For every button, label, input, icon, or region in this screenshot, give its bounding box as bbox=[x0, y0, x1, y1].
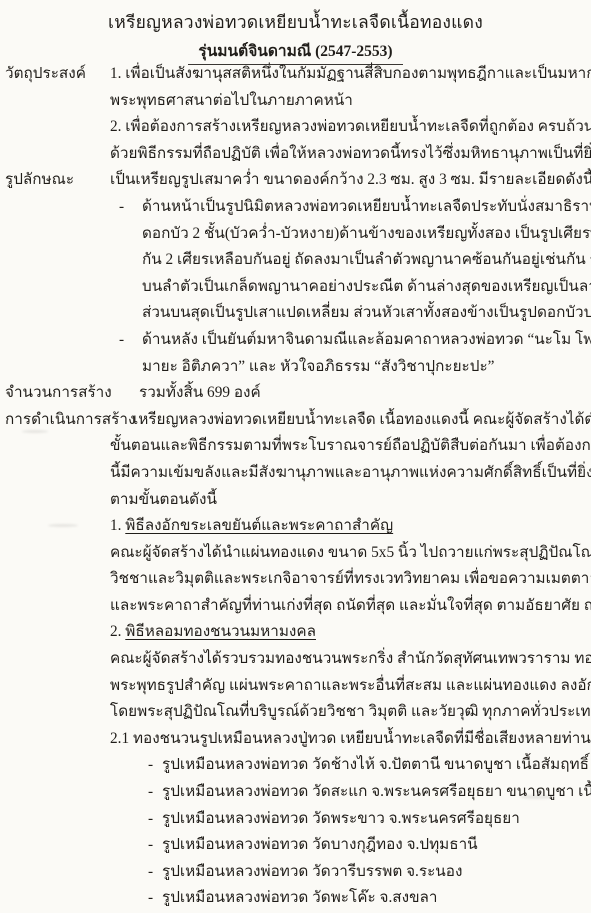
doc-line: ด้วยพิธีกรรมที่ถือปฏิบัติ เพื่อให้หลวงพ่… bbox=[0, 141, 591, 168]
doc-line: และพระคาถาสำคัญที่ท่านเก่งที่สุด ถนัดที่… bbox=[0, 593, 591, 620]
line-text: กัน 2 เศียรเหลือบกันอยู่ ถัดลงมาเป็นลำตั… bbox=[142, 247, 591, 274]
doc-line: 2.1 ทองชนวนรูปเหมือนหลวงปู่ทวด เหยียบน้ำ… bbox=[0, 726, 591, 753]
heading-text: พิธีหลอมทองชนวนมหามงคล bbox=[125, 623, 316, 640]
doc-line: จำนวนการสร้างรวมทั้งสิ้น 699 องค์ bbox=[0, 380, 591, 407]
section-label: วัตถุประสงค์ bbox=[5, 61, 86, 88]
line-text: นี้มีความเข้มขลังและมีสังฆานุภาพและอานุภ… bbox=[110, 460, 591, 487]
doc-line: ขั้นตอนและพิธีกรรมตามที่พระโบราณจารย์ถือ… bbox=[0, 433, 591, 460]
document-title: เหรียญหลวงพ่อทวดเหยียบน้ำทะเลจืดเนื้อทอง… bbox=[0, 8, 591, 36]
doc-line: 1. พิธีลงอักขระเลขยันต์และพระคาถาสำคัญ bbox=[0, 513, 591, 540]
heading-number: 2. bbox=[110, 623, 125, 640]
list-dash: - bbox=[119, 327, 124, 354]
line-text: รูปเหมือนหลวงพ่อทวด วัดพะโค๊ะ จ.สงขลา bbox=[162, 885, 438, 912]
line-text: มายะ อิติภควา” และ หัวใจอภิธรรม “สังวิชา… bbox=[142, 354, 494, 381]
doc-line: -รูปเหมือนหลวงพ่อทวด วัดพะโค๊ะ จ.สงขลา bbox=[0, 885, 591, 912]
doc-line: รูปลักษณะเป็นเหรียญรูปเสมาคว่ำ ขนาดองค์ก… bbox=[0, 167, 591, 194]
line-text: ขั้นตอนและพิธีกรรมตามที่พระโบราณจารย์ถือ… bbox=[110, 433, 591, 460]
doc-line: บนลำตัวเป็นเกล็ดพญานาคอย่างประณีต ด้านล่… bbox=[0, 274, 591, 301]
line-text: รูปเหมือนหลวงพ่อทวด วัดช้างไห้ จ.ปัตตานี… bbox=[162, 752, 589, 779]
doc-line: โดยพระสุปฏิปัณโณที่บริบูรณ์ด้วยวิชชา วิม… bbox=[0, 699, 591, 726]
doc-line: พระพุทธศาสนาต่อไปในภายภาคหน้า bbox=[0, 88, 591, 115]
doc-line: วัตถุประสงค์1. เพื่อเป็นสังฆานุสสติหนึ่ง… bbox=[0, 61, 591, 88]
list-dash: - bbox=[148, 752, 153, 779]
line-text: 2. พิธีหลอมทองชนวนมหามงคล bbox=[110, 619, 316, 646]
doc-line: พระพุทธรูปสำคัญ แผ่นพระคาถาและพระอื่นที่… bbox=[0, 673, 591, 700]
line-text: ส่วนบนสุดเป็นรูปเสาแปดเหลี่ยม ส่วนหัวเสา… bbox=[142, 300, 591, 327]
doc-line: -รูปเหมือนหลวงพ่อทวด วัดพระขาว จ.พระนครศ… bbox=[0, 806, 591, 833]
doc-line: -ด้านหน้าเป็นรูปนิมิตหลวงพ่อทวดเหยียบน้ำ… bbox=[0, 194, 591, 221]
doc-line: -รูปเหมือนหลวงพ่อทวด วัดสะแก จ.พระนครศรี… bbox=[0, 779, 591, 806]
doc-line: วิชชาและวิมุตติและพระเกจิอาจารย์ที่ทรงเว… bbox=[0, 566, 591, 593]
doc-line: -รูปเหมือนหลวงพ่อทวด วัดบางกุฎีทอง จ.ปทุ… bbox=[0, 832, 591, 859]
doc-line: -ด้านหลัง เป็นยันต์มหาจินดามณีและล้อมคาถ… bbox=[0, 327, 591, 354]
list-dash: - bbox=[148, 885, 153, 912]
line-text: ด้านหน้าเป็นรูปนิมิตหลวงพ่อทวดเหยียบน้ำท… bbox=[142, 194, 591, 221]
doc-line: 2. พิธีหลอมทองชนวนมหามงคล bbox=[0, 619, 591, 646]
line-text: รูปเหมือนหลวงพ่อทวด วัดสะแก จ.พระนครศรีอ… bbox=[162, 779, 591, 806]
line-text: พระพุทธรูปสำคัญ แผ่นพระคาถาและพระอื่นที่… bbox=[110, 673, 591, 700]
line-text: บนลำตัวเป็นเกล็ดพญานาคอย่างประณีต ด้านล่… bbox=[142, 274, 591, 301]
document-body: วัตถุประสงค์1. เพื่อเป็นสังฆานุสสติหนึ่ง… bbox=[0, 61, 591, 912]
doc-line: -รูปเหมือนหลวงพ่อทวด วัดช้างไห้ จ.ปัตตาน… bbox=[0, 752, 591, 779]
line-text: เหรียญหลวงพ่อทวดเหยียบน้ำทะเลจืด เนื้อทอ… bbox=[133, 407, 591, 434]
line-text: 1. เพื่อเป็นสังฆานุสสติหนึ่งในกัมมัฏฐานส… bbox=[110, 61, 591, 88]
line-text: รูปเหมือนหลวงพ่อทวด วัดบางกุฎีทอง จ.ปทุม… bbox=[162, 832, 478, 859]
doc-line: นี้มีความเข้มขลังและมีสังฆานุภาพและอานุภ… bbox=[0, 460, 591, 487]
doc-line: คณะผู้จัดสร้างได้นำแผ่นทองแดง ขนาด 5x5 น… bbox=[0, 540, 591, 567]
doc-line: การดำเนินการสร้างเหรียญหลวงพ่อทวดเหยียบน… bbox=[0, 407, 591, 434]
doc-line: ตามขั้นตอนดังนี้ bbox=[0, 487, 591, 514]
line-text: คณะผู้จัดสร้างได้รวบรวมทองชนวนพระกริ่ง ส… bbox=[110, 646, 591, 673]
list-dash: - bbox=[148, 859, 153, 886]
line-text: รวมทั้งสิ้น 699 องค์ bbox=[139, 380, 261, 407]
heading-number: 1. bbox=[110, 517, 125, 534]
list-dash: - bbox=[119, 194, 124, 221]
line-text: ตามขั้นตอนดังนี้ bbox=[110, 487, 217, 514]
doc-line: มายะ อิติภควา” และ หัวใจอภิธรรม “สังวิชา… bbox=[0, 354, 591, 381]
line-text: วิชชาและวิมุตติและพระเกจิอาจารย์ที่ทรงเว… bbox=[110, 566, 591, 593]
doc-line: กัน 2 เศียรเหลือบกันอยู่ ถัดลงมาเป็นลำตั… bbox=[0, 247, 591, 274]
line-text: 2.1 ทองชนวนรูปเหมือนหลวงปู่ทวด เหยียบน้ำ… bbox=[110, 726, 591, 753]
line-text: ดอกบัว 2 ชั้น(บัวคว่ำ-บัวหงาย)ด้านข้างขอ… bbox=[142, 221, 591, 248]
doc-line: ดอกบัว 2 ชั้น(บัวคว่ำ-บัวหงาย)ด้านข้างขอ… bbox=[0, 221, 591, 248]
section-label: การดำเนินการสร้าง bbox=[5, 407, 135, 434]
section-label: จำนวนการสร้าง bbox=[5, 380, 112, 407]
doc-line: -รูปเหมือนหลวงพ่อทวด วัดวารีบรรพต จ.ระนอ… bbox=[0, 859, 591, 886]
doc-line: ส่วนบนสุดเป็นรูปเสาแปดเหลี่ยม ส่วนหัวเสา… bbox=[0, 300, 591, 327]
line-text: และพระคาถาสำคัญที่ท่านเก่งที่สุด ถนัดที่… bbox=[110, 593, 591, 620]
line-text: พระพุทธศาสนาต่อไปในภายภาคหน้า bbox=[110, 88, 353, 115]
list-dash: - bbox=[148, 832, 153, 859]
doc-line: คณะผู้จัดสร้างได้รวบรวมทองชนวนพระกริ่ง ส… bbox=[0, 646, 591, 673]
line-text: รูปเหมือนหลวงพ่อทวด วัดพระขาว จ.พระนครศร… bbox=[162, 806, 520, 833]
line-text: รูปเหมือนหลวงพ่อทวด วัดวารีบรรพต จ.ระนอง bbox=[162, 859, 462, 886]
line-text: เป็นเหรียญรูปเสมาคว่ำ ขนาดองค์กว้าง 2.3 … bbox=[110, 167, 591, 194]
line-text: คณะผู้จัดสร้างได้นำแผ่นทองแดง ขนาด 5x5 น… bbox=[110, 540, 591, 567]
list-dash: - bbox=[148, 779, 153, 806]
heading-text: พิธีลงอักขระเลขยันต์และพระคาถาสำคัญ bbox=[125, 517, 393, 534]
section-label: รูปลักษณะ bbox=[5, 167, 74, 194]
line-text: 1. พิธีลงอักขระเลขยันต์และพระคาถาสำคัญ bbox=[110, 513, 393, 540]
line-text: ด้านหลัง เป็นยันต์มหาจินดามณีและล้อมคาถา… bbox=[142, 327, 591, 354]
line-text: 2. เพื่อต้องการสร้างเหรียญหลวงพ่อทวดเหยี… bbox=[110, 114, 591, 141]
line-text: โดยพระสุปฏิปัณโณที่บริบูรณ์ด้วยวิชชา วิม… bbox=[110, 699, 591, 726]
scanned-document-page: เหรียญหลวงพ่อทวดเหยียบน้ำทะเลจืดเนื้อทอง… bbox=[0, 0, 591, 913]
line-text: ด้วยพิธีกรรมที่ถือปฏิบัติ เพื่อให้หลวงพ่… bbox=[110, 141, 591, 168]
list-dash: - bbox=[148, 806, 153, 833]
doc-line: 2. เพื่อต้องการสร้างเหรียญหลวงพ่อทวดเหยี… bbox=[0, 114, 591, 141]
